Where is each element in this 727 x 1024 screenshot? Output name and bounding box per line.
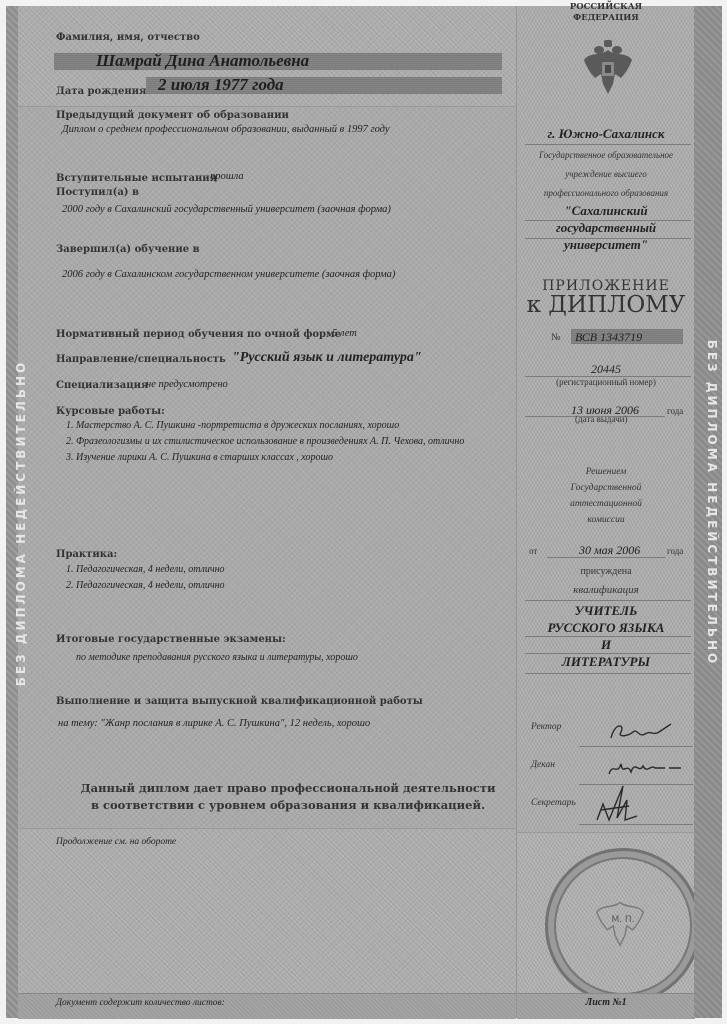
practice-label: Практика: (56, 549, 117, 560)
coat-of-arms-icon (581, 38, 635, 100)
diploma-number: ВСВ 1343719 (575, 330, 642, 345)
coursework-item: 2. Фразеологизмы и их стилистическое исп… (66, 434, 464, 450)
qualification-line: ЛИТЕРАТУРЫ (517, 653, 695, 670)
continued-band (18, 828, 516, 994)
decision-line: Государственной (517, 480, 695, 496)
rule-line (547, 557, 665, 558)
practice-list: 1. Педагогическая, 4 недели, отлично 2. … (66, 562, 225, 594)
qualification-label: квалификация (517, 584, 695, 596)
number-label: № (551, 332, 561, 343)
reg-number: 20445 (517, 362, 695, 377)
qualification-line: И (517, 636, 695, 653)
rights-note-line-1: Данный диплом дает право профессионально… (78, 780, 498, 797)
entrance-label: Вступительные испытания (56, 173, 217, 184)
rector-signature-icon (607, 718, 677, 744)
enrolled-label: Поступил(а) в (56, 187, 139, 198)
sheet-number: Лист №1 (517, 997, 695, 1008)
issuer-city: г. Южно-Сахалинск (517, 126, 695, 142)
prev-doc-label: Предыдущий документ об образовании (56, 110, 289, 121)
decision-line: аттестационной (517, 496, 695, 512)
dean-label: Декан (531, 760, 555, 770)
specialty-label: Направление/специальность (56, 354, 226, 365)
country-line-2: ФЕДЕРАЦИЯ (517, 13, 695, 24)
diploma-supplement-page: БЕЗ ДИПЛОМА НЕДЕЙСТВИТЕЛЬНО Фамилия, имя… (6, 6, 722, 1018)
rector-signature-line (579, 746, 693, 747)
sheets-note: Документ содержит количество листов: (56, 998, 225, 1008)
decision-suffix: года (667, 546, 683, 556)
period-label: Нормативный период обучения по очной фор… (56, 329, 341, 340)
rule-line (525, 653, 691, 654)
right-column: РОССИЙСКАЯ ФЕДЕРАЦИЯ г. Южно-Сахалинск Г… (516, 6, 695, 1018)
secretary-signature-icon (593, 780, 643, 826)
institution-line: учреждение высшего (517, 165, 695, 184)
issue-date-suffix: года (667, 406, 683, 416)
thesis-label: Выполнение и защита выпускной квалификац… (56, 696, 423, 707)
rule-line (525, 673, 691, 674)
title-to-diploma: к ДИПЛОМУ (517, 292, 695, 318)
rule-line (525, 144, 691, 145)
rule-line (525, 636, 691, 637)
decision-line: комиссии (517, 512, 695, 528)
rule-line (525, 220, 691, 221)
secretary-signature-line (579, 824, 693, 825)
completed-value: 2006 году в Сахалинском государственном … (62, 269, 395, 280)
coursework-item: 3. Изучение лирики А. С. Пушкина в старш… (66, 450, 464, 466)
specialization-label: Специализация (56, 380, 148, 391)
seal-text: М. П. (548, 915, 698, 925)
rule-line (525, 238, 691, 239)
commission-decision: Решением Государственной аттестационной … (517, 464, 695, 528)
institution-line: Государственное образовательное (517, 146, 695, 165)
awarded-label: присуждена (517, 566, 695, 577)
university-line: государственный (517, 219, 695, 236)
period-value: 5 лет (332, 328, 357, 339)
exams-value: по методике преподавания русского языка … (76, 652, 358, 663)
left-column: Фамилия, имя, отчество Шамрай Дина Анато… (18, 6, 516, 1018)
institution-line: профессионального образования (517, 184, 695, 203)
coursework-label: Курсовые работы: (56, 406, 165, 417)
country-line-1: РОССИЙСКАЯ (517, 2, 695, 13)
right-border: БЕЗ ДИПЛОМА НЕДЕЙСТВИТЕЛЬНО (694, 6, 722, 1018)
decision-prefix: от (529, 546, 537, 556)
university-line: "Сахалинский (517, 202, 695, 219)
specialization-value: не предусмотрено (146, 379, 228, 390)
entrance-value: прошла (210, 171, 244, 182)
continued-note: Продолжение см. на обороте (56, 837, 176, 847)
university-name: "Сахалинский государственный университет… (517, 202, 695, 253)
rights-note-line-2: в соответствии с уровнем образования и к… (78, 797, 498, 814)
completed-label: Завершил(а) обучение в (56, 244, 200, 255)
dean-signature-icon (607, 754, 687, 780)
left-border: БЕЗ ДИПЛОМА НЕДЕЙСТВИТЕЛЬНО (6, 6, 18, 1018)
prev-doc-value: Диплом о среднем профессиональном образо… (62, 124, 390, 135)
coursework-list: 1. Мастерство А. С. Пушкина -портретиста… (66, 418, 464, 466)
specialty-value: "Русский язык и литература" (232, 350, 422, 366)
right-warning-text: БЕЗ ДИПЛОМА НЕДЕЙСТВИТЕЛЬНО (705, 313, 719, 693)
exams-label: Итоговые государственные экзамены: (56, 634, 286, 645)
coursework-item: 1. Мастерство А. С. Пушкина -портретиста… (66, 418, 464, 434)
issue-date-label: (дата выдачи) (575, 414, 627, 424)
country-title: РОССИЙСКАЯ ФЕДЕРАЦИЯ (517, 2, 695, 24)
decision-date: 30 мая 2006 (579, 543, 640, 558)
name-label: Фамилия, имя, отчество (56, 32, 200, 43)
official-seal-icon: М. П. (545, 848, 701, 1004)
enrolled-value: 2000 году в Сахалинский государственный … (62, 204, 391, 215)
reg-number-label: (регистрационный номер) (517, 377, 695, 387)
rule-line (525, 600, 691, 601)
decision-line: Решением (517, 464, 695, 480)
institution-type: Государственное образовательное учрежден… (517, 146, 695, 203)
qualification-line: УЧИТЕЛЬ (517, 602, 695, 619)
rector-label: Ректор (531, 722, 561, 732)
birth-value: 2 июля 1977 года (158, 75, 284, 95)
birth-label: Дата рождения (56, 86, 146, 97)
qualification-line: РУССКОГО ЯЗЫКА (517, 619, 695, 636)
rights-note: Данный диплом дает право профессионально… (78, 780, 498, 814)
practice-item: 1. Педагогическая, 4 недели, отлично (66, 562, 225, 578)
secretary-label: Секретарь (531, 798, 576, 808)
practice-item: 2. Педагогическая, 4 недели, отлично (66, 578, 225, 594)
thesis-value: на тему: "Жанр послания в лирике А. С. П… (58, 718, 370, 729)
name-value: Шамрай Дина Анатольевна (96, 51, 309, 71)
